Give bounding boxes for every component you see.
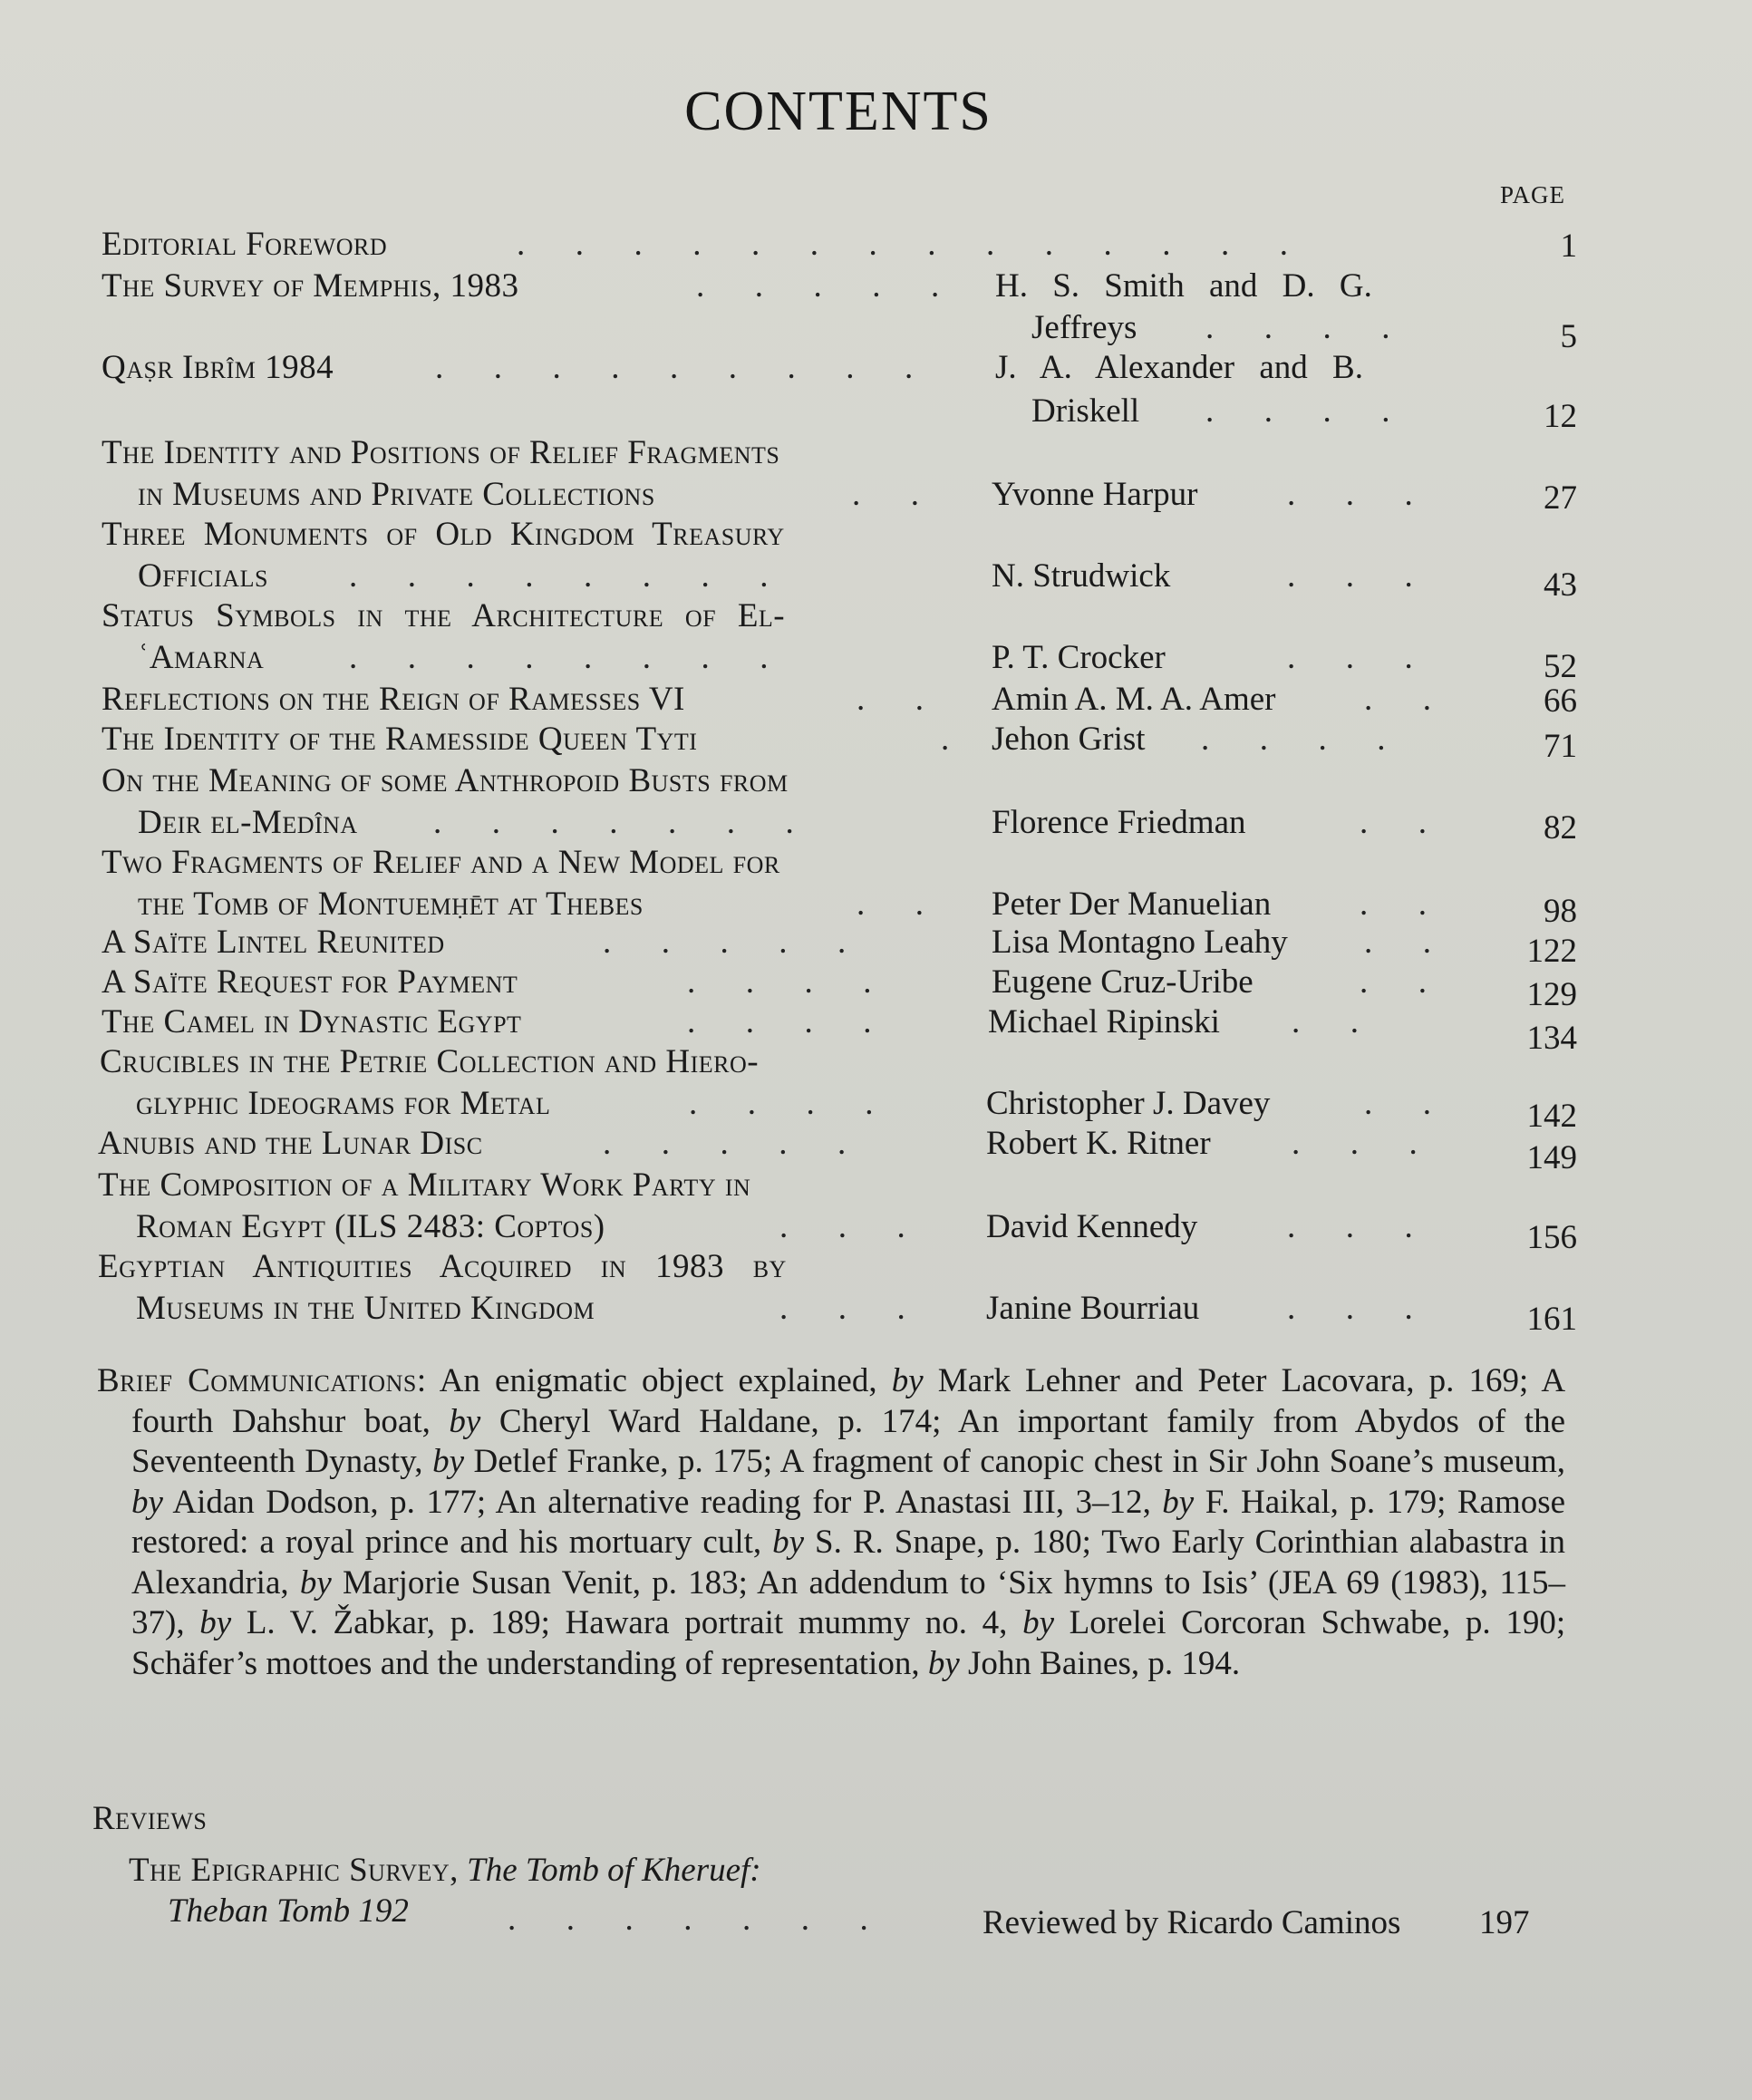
entry-page: 12 [1505, 397, 1577, 436]
leader-dots: . . [1292, 1002, 1359, 1041]
entry-title: the Tomb of Montuemḥēt at Thebes [138, 885, 644, 924]
entry-title: Three Monuments of Old Kingdom Treasury [102, 515, 785, 554]
leader-dots: . . . . . [603, 1124, 846, 1163]
leader-dots: . . . [779, 1207, 905, 1246]
entry-page: 71 [1505, 727, 1577, 766]
leader-dots: . . [857, 885, 924, 924]
review-title-line: Theban Tomb 192 [168, 1892, 409, 1931]
review-title-line: The Epigraphic Survey, The Tomb of Kheru… [129, 1851, 761, 1890]
entry-title: Two Fragments of Relief and a New Model … [102, 843, 780, 882]
brief-item[interactable]: Schäfer’s mottoes and the understanding … [131, 1645, 1240, 1682]
entry-author: Jehon Grist [992, 720, 1146, 759]
entry-title: glyphic Ideograms for Metal [136, 1084, 550, 1123]
entry-title: Qaṣr Ibrîm 1984 [102, 348, 334, 387]
entry-page: 82 [1505, 808, 1577, 847]
entry-page: 122 [1505, 932, 1577, 971]
brief-communications-label: Brief Communications: [97, 1362, 427, 1399]
leader-dots: . . . . [689, 1084, 874, 1123]
entry-title: Egyptian Antiquities Acquired in 1983 by [98, 1247, 787, 1286]
leader-dots: . . [852, 475, 919, 514]
entry-page: 129 [1505, 975, 1577, 1014]
entry-title: Deir el-Medîna [138, 803, 358, 842]
leader-dots: . [941, 720, 949, 759]
leader-dots: . . [1364, 1084, 1431, 1123]
entry-title: ʿAmarna [138, 638, 264, 677]
brief-item[interactable]: Hawara portrait mummy no. 4, by Lorelei … [566, 1604, 1566, 1641]
page-column-label: PAGE [1500, 181, 1565, 209]
entry-title: A Saïte Lintel Reunited [102, 923, 445, 962]
leader-dots: . . . . . . . [433, 803, 794, 842]
entry-author: Robert K. Ritner [986, 1124, 1211, 1163]
entry-page: 66 [1505, 682, 1577, 721]
entry-page: 98 [1505, 892, 1577, 931]
entry-title: The Survey of Memphis, 1983 [102, 266, 519, 305]
leader-dots: . . . . . [603, 923, 846, 962]
entry-page: 156 [1505, 1218, 1577, 1257]
brief-item[interactable]: An enigmatic object explained, by Mark L… [440, 1362, 1529, 1399]
review-page: 197 [1479, 1903, 1530, 1942]
entry-title: The Identity of the Ramesside Queen Tyti [102, 720, 697, 759]
entry-title: Officials [138, 556, 268, 595]
leader-dots: . . . . . . . . [349, 638, 769, 677]
entry-title: A Saïte Request for Payment [102, 963, 518, 1002]
entry-title: Roman Egypt (ILS 2483: Coptos) [136, 1207, 605, 1246]
leader-dots: . . . . [1205, 308, 1390, 347]
leader-dots: . . . . [1201, 720, 1386, 759]
entry-author: H. S. Smith and D. G. [995, 266, 1372, 305]
entry-author: Lisa Montagno Leahy [992, 923, 1288, 962]
leader-dots: . . . . . [696, 266, 939, 305]
leader-dots: . . . [779, 1289, 905, 1328]
entry-author: Eugene Cruz-Uribe [992, 963, 1254, 1002]
leader-dots: . . . [1287, 638, 1413, 677]
entry-author: Amin A. M. A. Amer [992, 680, 1276, 719]
entry-author: David Kennedy [986, 1207, 1197, 1246]
review-reviewer: Reviewed by Ricardo Caminos [982, 1903, 1400, 1942]
leader-dots: . . [857, 680, 924, 719]
entry-author: Christopher J. Davey [986, 1084, 1270, 1123]
entry-author: Jeffreys [1031, 308, 1137, 347]
entry-page: 52 [1505, 647, 1577, 686]
leader-dots: . . [1360, 885, 1427, 924]
entry-title: Reflections on the Reign of Ramesses VI [102, 680, 685, 719]
entry-author: Peter Der Manuelian [992, 885, 1271, 924]
entry-author: J. A. Alexander and B. [995, 348, 1363, 387]
entry-author: Michael Ripinski [988, 1002, 1220, 1041]
leader-dots: . . . [1287, 1207, 1413, 1246]
leader-dots: . . . [1287, 475, 1413, 514]
entry-page: 149 [1505, 1138, 1577, 1177]
brief-communications: Brief Communications: An enigmatic objec… [97, 1361, 1565, 1684]
entry-page: 161 [1505, 1300, 1577, 1339]
entry-author: Yvonne Harpur [992, 475, 1197, 514]
leader-dots: . . [1360, 963, 1427, 1002]
leader-dots: . . . [1287, 556, 1413, 595]
leader-dots: . . . [1292, 1124, 1418, 1163]
entry-page: 142 [1505, 1097, 1577, 1136]
leader-dots: . . . . [687, 963, 872, 1002]
reviews-heading: Reviews [92, 1799, 207, 1838]
contents-page: CONTENTS PAGE Editorial Foreword . . . .… [0, 0, 1752, 2100]
entry-author: P. T. Crocker [992, 638, 1166, 677]
leader-dots: . . . . . . . . . . . . . . [517, 225, 1288, 264]
leader-dots: . . . . . . . [508, 1900, 868, 1939]
entry-author: N. Strudwick [992, 556, 1170, 595]
entry-page: 134 [1505, 1019, 1577, 1058]
leader-dots: . . [1360, 803, 1427, 842]
entry-author: Florence Friedman [992, 803, 1246, 842]
entry-title: Anubis and the Lunar Disc [98, 1124, 483, 1163]
entry-page: 43 [1505, 566, 1577, 605]
entry-title: Editorial Foreword [102, 225, 387, 264]
entry-page: 1 [1505, 227, 1577, 266]
entry-author: Driskell [1031, 392, 1139, 431]
entry-title: On the Meaning of some Anthropoid Busts … [102, 761, 789, 800]
entry-author: Janine Bourriau [986, 1289, 1199, 1328]
entry-title: Museums in the United Kingdom [136, 1289, 595, 1328]
leader-dots: . . . . . . . . . [435, 348, 913, 387]
entry-title: Status Symbols in the Architecture of El… [102, 596, 785, 635]
entry-title: The Camel in Dynastic Egypt [102, 1002, 521, 1041]
leader-dots: . . . . [1205, 392, 1390, 431]
brief-item[interactable]: An alternative reading for P. Anastasi I… [496, 1484, 1447, 1521]
entry-page: 27 [1505, 479, 1577, 518]
entry-title: The Composition of a Military Work Party… [98, 1166, 750, 1205]
entry-title: The Identity and Positions of Relief Fra… [102, 433, 779, 472]
leader-dots: . . [1364, 923, 1431, 962]
entry-page: 5 [1505, 317, 1577, 356]
entry-title: in Museums and Private Collections [138, 475, 655, 514]
leader-dots: . . . . [687, 1002, 872, 1041]
leader-dots: . . . . . . . . [349, 556, 769, 595]
entry-title: Crucibles in the Petrie Collection and H… [100, 1042, 759, 1081]
leader-dots: . . [1364, 680, 1431, 719]
page-title: CONTENTS [0, 80, 1677, 144]
leader-dots: . . . [1287, 1289, 1413, 1328]
